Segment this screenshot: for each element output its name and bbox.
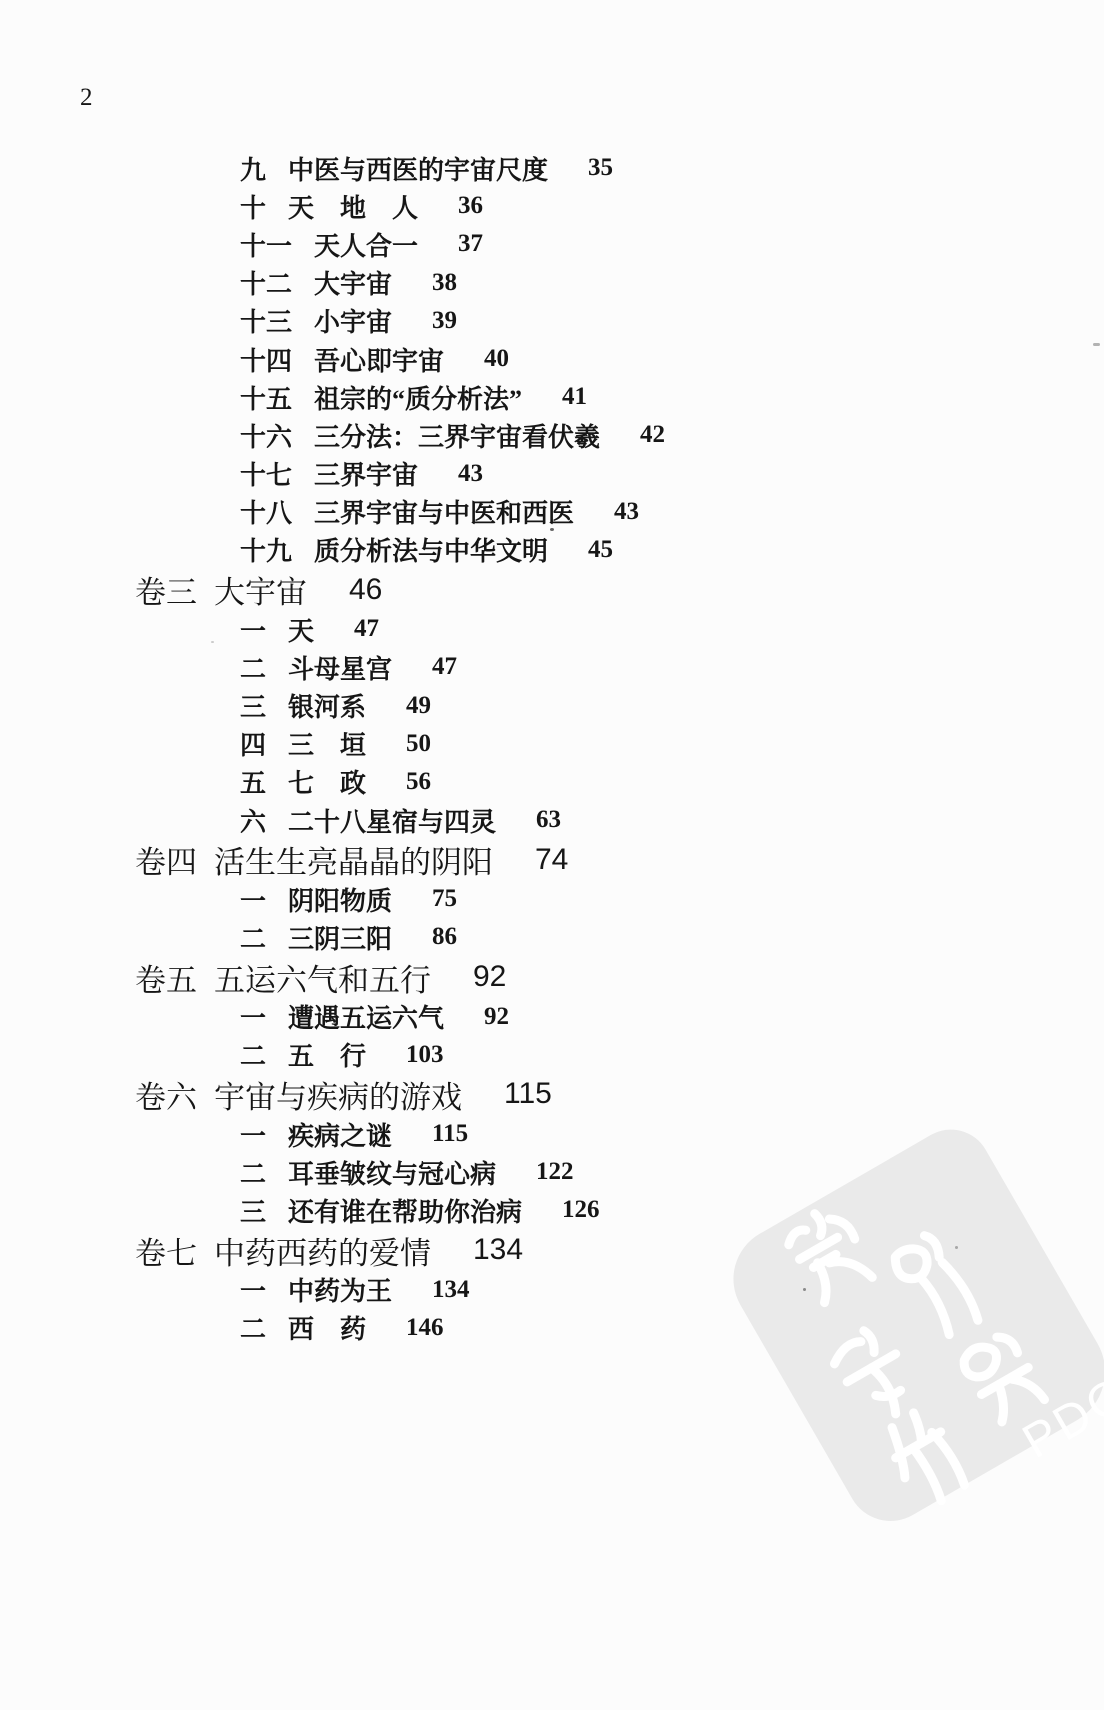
toc-item-page: 56: [406, 768, 431, 796]
toc-item-title: 七 政: [288, 763, 366, 800]
scan-speck: [211, 641, 214, 643]
toc-row: 十七 三界宇宙 43: [0, 455, 1104, 493]
toc-item-number: 二: [240, 649, 266, 686]
toc-item-number: 一: [240, 1116, 266, 1153]
toc-item-title: 三界宇宙与中医和西医: [314, 493, 574, 530]
scan-speck: [1093, 343, 1100, 346]
toc-item-number: 卷五: [135, 955, 197, 1000]
toc-row: 十二 大宇宙 38: [0, 264, 1104, 302]
toc-item-page: 42: [640, 421, 665, 449]
toc-item-title: 小宇宙: [314, 302, 392, 339]
toc-item-title: 天人合一: [314, 226, 418, 263]
toc-item-page: 74: [535, 843, 568, 877]
toc-item-title: 祖宗的“质分析法”: [314, 379, 522, 416]
toc-row: 五 七 政 56: [0, 763, 1104, 801]
toc-item-number: 卷七: [135, 1228, 197, 1273]
toc-item-number: 十: [240, 188, 266, 225]
toc-row: 十九 质分析法与中华文明 45: [0, 531, 1104, 569]
toc-item-page: 92: [484, 1003, 509, 1031]
toc-item-number: 卷六: [135, 1072, 197, 1117]
toc-item-title: 银河系: [288, 687, 366, 724]
toc-item-page: 122: [536, 1158, 574, 1186]
toc-item-number: 十二: [240, 264, 292, 301]
toc-item-page: 46: [349, 573, 382, 607]
toc-item-page: 38: [432, 269, 457, 297]
toc-item-title: 斗母星宫: [288, 649, 392, 686]
toc-item-number: 十三: [240, 302, 292, 339]
toc-item-number: 卷三: [135, 567, 197, 612]
toc-item-page: 115: [504, 1077, 552, 1111]
toc-item-title: 五 行: [288, 1036, 366, 1073]
toc-item-title: 中药为王: [288, 1271, 392, 1308]
toc-item-title: 中药西药的爱情: [214, 1228, 431, 1273]
toc-row: 卷三 大宇宙 46: [0, 569, 1104, 610]
toc-row: 十六 三分法：三界宇宙看伏羲 42: [0, 416, 1104, 454]
toc-item-number: 一: [240, 998, 266, 1035]
toc-item-number: 十四: [240, 341, 292, 378]
toc-item-number: 二: [240, 1036, 266, 1073]
toc-item-title: 还有谁在帮助你治病: [288, 1192, 522, 1229]
toc-item-page: 115: [432, 1120, 468, 1148]
toc-item-page: 36: [458, 192, 483, 220]
scan-speck: [955, 1246, 958, 1249]
toc-item-title: 三界宇宙: [314, 455, 418, 492]
toc-item-title: 三阴三阳: [288, 919, 392, 956]
toc-row: 十一 天人合一 37: [0, 225, 1104, 263]
toc-item-title: 二十八星宿与四灵: [288, 802, 496, 839]
toc-item-number: 六: [240, 802, 266, 839]
toc-row: 一 阴阳物质 75: [0, 880, 1104, 918]
toc-row: 二 三阴三阳 86: [0, 918, 1104, 956]
toc-row: 二 斗母星宫 47: [0, 648, 1104, 686]
toc-row: 十八 三界宇宙与中医和西医 43: [0, 493, 1104, 531]
toc-row: 十 天 地 人 36: [0, 187, 1104, 225]
toc-item-number: 三: [240, 1192, 266, 1229]
toc-item-page: 134: [473, 1233, 523, 1267]
toc-item-page: 47: [354, 615, 379, 643]
toc-item-number: 一: [240, 1271, 266, 1308]
toc-item-page: 103: [406, 1041, 444, 1069]
toc-row: 十三 小宇宙 39: [0, 302, 1104, 340]
toc-item-number: 十五: [240, 379, 292, 416]
toc-item-number: 十一: [240, 226, 292, 263]
page-number: 2: [80, 84, 93, 112]
toc-item-title: 阴阳物质: [288, 881, 392, 918]
toc-item-page: 35: [588, 154, 613, 182]
toc-item-number: 一: [240, 881, 266, 918]
toc-item-title: 遭遇五运六气: [288, 998, 444, 1035]
toc-item-page: 45: [588, 536, 613, 564]
toc-row: 十五 祖宗的“质分析法” 41: [0, 378, 1104, 416]
toc-row: 四 三 垣 50: [0, 725, 1104, 763]
toc-item-title: 三 垣: [288, 725, 366, 762]
toc-item-title: 吾心即宇宙: [314, 341, 444, 378]
toc-item-page: 47: [432, 653, 457, 681]
toc-item-title: 耳垂皱纹与冠心病: [288, 1154, 496, 1191]
scan-speck: [550, 528, 554, 531]
toc-item-page: 49: [406, 692, 431, 720]
toc-item-title: 活生生亮晶晶的阴阳: [214, 837, 493, 882]
toc-item-title: 五运六气和五行: [214, 955, 431, 1000]
toc-item-number: 二: [240, 919, 266, 956]
toc-item-title: 大宇宙: [214, 567, 307, 612]
toc-row: 一 遭遇五运六气 92: [0, 998, 1104, 1036]
toc-row: 卷六 宇宙与疾病的游戏 115: [0, 1074, 1104, 1115]
toc-item-number: 十七: [240, 455, 292, 492]
toc-item-title: 宇宙与疾病的游戏: [214, 1072, 462, 1117]
toc-item-page: 63: [536, 806, 561, 834]
toc-item-page: 134: [432, 1276, 470, 1304]
toc-row: 九 中医与西医的宇宙尺度 35: [0, 149, 1104, 187]
toc-item-number: 五: [240, 763, 266, 800]
scan-speck: [803, 1288, 806, 1291]
toc-item-title: 质分析法与中华文明: [314, 531, 548, 568]
toc-item-page: 37: [458, 230, 483, 258]
toc-item-page: 92: [473, 960, 506, 994]
toc-row: 三 银河系 49: [0, 686, 1104, 724]
toc-item-page: 146: [406, 1314, 444, 1342]
toc-item-number: 十六: [240, 417, 292, 454]
toc-row: 一 天 47: [0, 610, 1104, 648]
toc-row: 六 二十八星宿与四灵 63: [0, 801, 1104, 839]
toc-item-number: 卷四: [135, 837, 197, 882]
toc-item-page: 43: [458, 460, 483, 488]
toc-item-title: 天: [288, 611, 314, 648]
toc-item-title: 天 地 人: [288, 188, 418, 225]
toc-item-page: 43: [614, 498, 639, 526]
toc-item-title: 三分法：三界宇宙看伏羲: [314, 417, 600, 454]
toc-item-title: 大宇宙: [314, 264, 392, 301]
toc-item-number: 十九: [240, 531, 292, 568]
toc-item-number: 二: [240, 1309, 266, 1346]
toc-item-page: 75: [432, 885, 457, 913]
toc-item-number: 九: [240, 150, 266, 187]
toc-row: 卷五 五运六气和五行 92: [0, 957, 1104, 998]
toc-row: 十四 吾心即宇宙 40: [0, 340, 1104, 378]
toc-row: 卷四 活生生亮晶晶的阴阳 74: [0, 839, 1104, 880]
toc-item-number: 三: [240, 687, 266, 724]
toc-item-title: 中医与西医的宇宙尺度: [288, 150, 548, 187]
toc-item-number: 二: [240, 1154, 266, 1191]
toc-item-number: 十八: [240, 493, 292, 530]
toc-item-number: 一: [240, 611, 266, 648]
toc-item-page: 50: [406, 730, 431, 758]
toc-item-title: 西 药: [288, 1309, 366, 1346]
toc-item-page: 86: [432, 923, 457, 951]
toc-item-page: 126: [562, 1196, 600, 1224]
toc-item-title: 疾病之谜: [288, 1116, 392, 1153]
toc-item-number: 四: [240, 725, 266, 762]
toc-item-page: 39: [432, 307, 457, 335]
toc-item-page: 40: [484, 345, 509, 373]
toc-row: 二 五 行 103: [0, 1036, 1104, 1074]
toc-item-page: 41: [562, 383, 587, 411]
